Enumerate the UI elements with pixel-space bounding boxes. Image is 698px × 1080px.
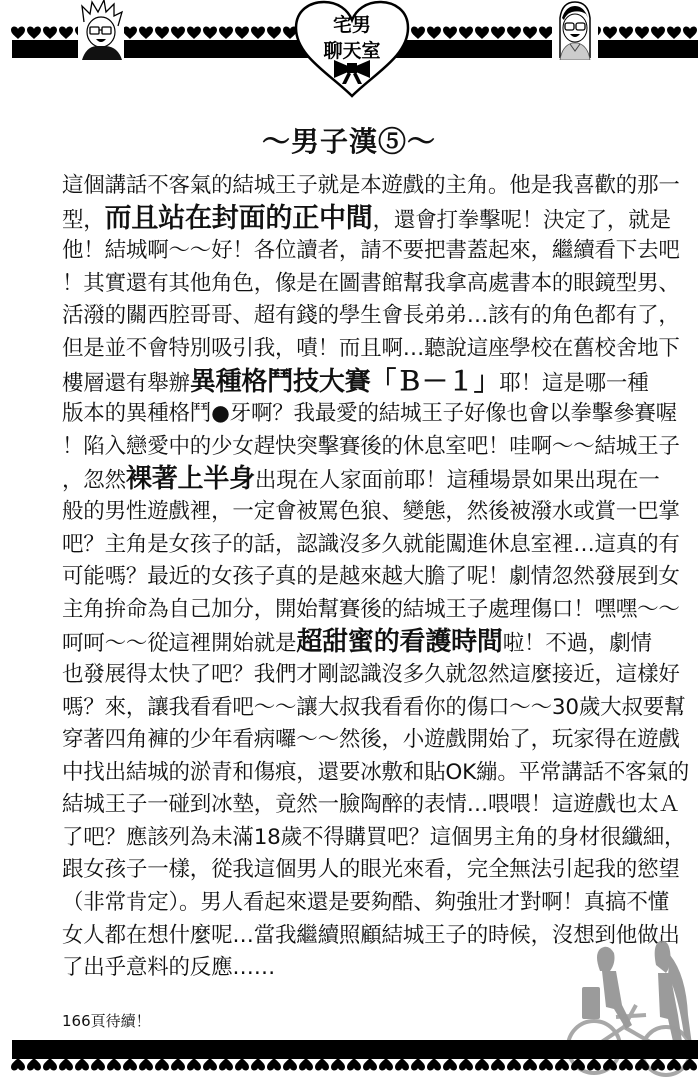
heart-icon: [682, 1058, 698, 1071]
text-line: 主角拚命為自己加分，開始幫賽後的結城王子處理傷口！嘿嘿～～: [62, 594, 662, 627]
heart-icon: [266, 26, 282, 39]
text-span: 吧？主角是女孩子的話，認識沒多久就能闖進休息室裡…這真的有: [62, 532, 680, 557]
heart-icon: [202, 26, 218, 39]
text-span: 跟女孩子一樣，從我這個男人的眼光來看，完全無法引起我的慾望: [62, 857, 680, 882]
text-span: ！陷入戀愛中的少女趕快突擊賽後的休息室吧！哇啊～～結城王子: [62, 434, 680, 459]
text-span: 呵呵～～從這裡開始就是: [62, 631, 296, 656]
heart-icon: [442, 26, 458, 39]
text-span: 穿著四角褲的少年看病囉～～然後，小遊戲開始了，玩家得在遊戲: [62, 727, 680, 752]
heart-icon: [490, 1058, 506, 1071]
heart-icon: [634, 26, 650, 39]
heart-icon: [218, 1058, 234, 1071]
text-span: 中找出結城的淤青和傷痕，還要冰敷和貼OK繃。平常講話不客氣的: [62, 760, 689, 785]
heart-icon: [538, 1058, 554, 1071]
heart-icon: [106, 1058, 122, 1071]
heart-icon: [458, 26, 474, 39]
text-line: 穿著四角褲的少年看病囉～～然後，小遊戲開始了，玩家得在遊戲: [62, 724, 662, 757]
heart-icon: [122, 26, 138, 39]
emphasized-text: 而且站在封面的正中間: [105, 203, 373, 234]
heart-icon: [74, 1058, 90, 1071]
heart-icon: [10, 26, 26, 39]
heart-icon: [186, 26, 202, 39]
heart-icon: [650, 1058, 666, 1071]
heart-icon: [282, 1058, 298, 1071]
text-span: ，還會打拳擊呢！決定了，就是: [373, 208, 671, 233]
heart-icon: [202, 1058, 218, 1071]
badge-title-line2: 聊天室: [290, 36, 414, 63]
text-span: 啦！不過，劇情: [503, 631, 652, 656]
text-line: ，忽然裸著上半身出現在人家面前耶！這種場景如果出現在一: [62, 463, 662, 496]
heart-icon: [122, 1058, 138, 1071]
heart-icon: [298, 1058, 314, 1071]
heart-icon: [394, 1058, 410, 1071]
text-span: 般的男性遊戲裡，一定會被罵色狼、變態，然後被潑水或賞一巴掌: [62, 499, 680, 524]
text-span: ，忽然: [62, 468, 126, 493]
text-line: 版本的異種格鬥●牙啊？我最愛的結城王子好像也會以拳擊參賽喔: [62, 398, 662, 431]
heart-icon: [186, 1058, 202, 1071]
heart-icon: [138, 26, 154, 39]
heart-icon: [570, 1058, 586, 1071]
heart-icon: [602, 26, 618, 39]
text-line: ！陷入戀愛中的少女趕快突擊賽後的休息室吧！哇啊～～結城王子: [62, 431, 662, 464]
text-line: 結城王子一碰到冰墊，竟然一臉陶醉的表情…喂喂！這遊戲也太Ａ: [62, 789, 662, 822]
emphasized-text: 裸著上半身: [126, 464, 255, 494]
heart-icon: [234, 26, 250, 39]
heart-icon: [138, 1058, 154, 1071]
heart-icon: [170, 26, 186, 39]
text-line: 可能嗎？最近的女孩子真的是越來越大膽了呢！劇情忽然發展到女: [62, 561, 662, 594]
boy-character-icon: [78, 0, 124, 60]
text-line: 也發展得太快了吧？我們才剛認識沒多久就忽然這麼接近，這樣好: [62, 659, 662, 692]
heart-icon: [330, 1058, 346, 1071]
heart-icon: [506, 1058, 522, 1071]
heart-icon: [458, 1058, 474, 1071]
text-line: 呵呵～～從這裡開始就是超甜蜜的看護時間啦！不過，劇情: [62, 626, 662, 659]
bottom-hearts-border: [10, 1058, 698, 1071]
text-line: 型，而且站在封面的正中間，還會打拳擊呢！決定了，就是: [62, 203, 662, 236]
heart-icon: [234, 1058, 250, 1071]
text-line: 他！結城啊～～好！各位讀者，請不要把書蓋起來，繼續看下去吧: [62, 235, 662, 268]
heart-icon: [650, 26, 666, 39]
heart-icon: [618, 1058, 634, 1071]
text-span: （非常肯定）。男人看起來還是要夠酷、夠強壯才對啊！真搞不懂: [62, 890, 669, 915]
text-span: 耶！這是哪一種: [499, 371, 648, 396]
heart-icon: [90, 1058, 106, 1071]
heart-icon: [554, 1058, 570, 1071]
text-span: 但是並不會特別吸引我，嘖！而且啊…聽說這座學校在舊校舍地下: [62, 336, 680, 361]
heart-icon: [362, 1058, 378, 1071]
heart-icon: [218, 26, 234, 39]
text-line: （非常肯定）。男人看起來還是要夠酷、夠強壯才對啊！真搞不懂: [62, 887, 662, 920]
text-line: 中找出結城的淤青和傷痕，還要冰敷和貼OK繃。平常講話不客氣的: [62, 757, 662, 790]
girl-character-icon: [552, 0, 598, 60]
heart-icon: [666, 1058, 682, 1071]
text-line: 跟女孩子一樣，從我這個男人的眼光來看，完全無法引起我的慾望: [62, 854, 662, 887]
heart-icon: [682, 26, 698, 39]
text-line: 了吧？應該列為未滿18歲不得購買吧？這個男主角的身材很纖細，: [62, 822, 662, 855]
heart-icon: [26, 26, 42, 39]
heart-icon: [154, 1058, 170, 1071]
text-line: 但是並不會特別吸引我，嘖！而且啊…聽說這座學校在舊校舍地下: [62, 333, 662, 366]
heart-icon: [442, 1058, 458, 1071]
heart-icon: [490, 26, 506, 39]
heart-icon: [42, 26, 58, 39]
bottom-black-bar: [12, 1040, 698, 1059]
text-span: 主角拚命為自己加分，開始幫賽後的結城王子處理傷口！嘿嘿～～: [62, 597, 680, 622]
heart-icon: [58, 26, 74, 39]
heart-icon: [522, 26, 538, 39]
text-line: 嗎？來，讓我看看吧～～讓大叔我看看你的傷口～～30歲大叔要幫: [62, 692, 662, 725]
text-span: 了吧？應該列為未滿18歲不得購買吧？這個男主角的身材很纖細，: [62, 825, 685, 850]
heart-icon: [42, 1058, 58, 1071]
text-line: 樓層還有舉辦異種格鬥技大賽「Ｂ－１」耶！這是哪一種: [62, 366, 662, 399]
heart-icon: [506, 26, 522, 39]
heart-icon: [154, 26, 170, 39]
continued-note: 166頁待續！: [62, 1010, 151, 1031]
heart-icon: [378, 1058, 394, 1071]
heart-icon: [250, 1058, 266, 1071]
heart-icon: [10, 1058, 26, 1071]
text-span: 也發展得太快了吧？我們才剛認識沒多久就忽然這麼接近，這樣好: [62, 662, 680, 687]
heart-icon: [602, 1058, 618, 1071]
heart-icon: [586, 1058, 602, 1071]
heart-icon: [426, 26, 442, 39]
heart-icon: [410, 1058, 426, 1071]
text-span: 了出乎意料的反應……: [62, 955, 275, 980]
heart-icon: [426, 1058, 442, 1071]
badge-title-line1: 宅男: [290, 10, 414, 37]
text-span: 結城王子一碰到冰墊，竟然一臉陶醉的表情…喂喂！這遊戲也太Ａ: [62, 792, 680, 817]
heart-icon: [618, 26, 634, 39]
text-line: ！其實還有其他角色，像是在圖書館幫我拿高處書本的眼鏡型男、: [62, 268, 662, 301]
text-line: 活潑的關西腔哥哥、超有錢的學生會長弟弟…該有的角色都有了，: [62, 300, 662, 333]
heart-icon: [266, 1058, 282, 1071]
text-span: 這個講話不客氣的結城王子就是本遊戲的主角。他是我喜歡的那一: [62, 173, 680, 198]
text-line: 般的男性遊戲裡，一定會被罵色狼、變態，然後被潑水或賞一巴掌: [62, 496, 662, 529]
heart-icon: [634, 1058, 650, 1071]
text-span: 活潑的關西腔哥哥、超有錢的學生會長弟弟…該有的角色都有了，: [62, 303, 680, 328]
heart-icon: [346, 1058, 362, 1071]
heart-icon: [58, 1058, 74, 1071]
text-span: 嗎？來，讓我看看吧～～讓大叔我看看你的傷口～～30歲大叔要幫: [62, 695, 685, 720]
text-span: 可能嗎？最近的女孩子真的是越來越大膽了呢！劇情忽然發展到女: [62, 564, 680, 589]
text-line: 這個講話不客氣的結城王子就是本遊戲的主角。他是我喜歡的那一: [62, 170, 662, 203]
heart-icon: [314, 1058, 330, 1071]
text-span: 他！結城啊～～好！各位讀者，請不要把書蓋起來，繼續看下去吧: [62, 238, 680, 263]
text-span: 版本的異種格鬥●牙啊？我最愛的結城王子好像也會以拳擊參賽喔: [62, 401, 677, 426]
text-span: 出現在人家面前耶！這種場景如果出現在一: [255, 468, 660, 493]
emphasized-text: 異種格鬥技大賽「Ｂ－１」: [190, 367, 500, 397]
text-span: ！其實還有其他角色，像是在圖書館幫我拿高處書本的眼鏡型男、: [62, 271, 680, 296]
heart-icon: [170, 1058, 186, 1071]
heart-icon: [522, 1058, 538, 1071]
heart-icon: [26, 1058, 42, 1071]
text-line: 吧？主角是女孩子的話，認識沒多久就能闖進休息室裡…這真的有: [62, 529, 662, 562]
heart-icon: [474, 26, 490, 39]
emphasized-text: 超甜蜜的看護時間: [296, 627, 502, 657]
article-title: ～男子漢⑤～: [0, 120, 698, 160]
heart-icon: [666, 26, 682, 39]
heart-icon: [250, 26, 266, 39]
article-body: 這個講話不客氣的結城王子就是本遊戲的主角。他是我喜歡的那一型，而且站在封面的正中…: [62, 170, 662, 985]
text-span: 樓層還有舉辦: [62, 371, 190, 396]
heart-icon: [474, 1058, 490, 1071]
text-span: 型，: [62, 208, 105, 233]
